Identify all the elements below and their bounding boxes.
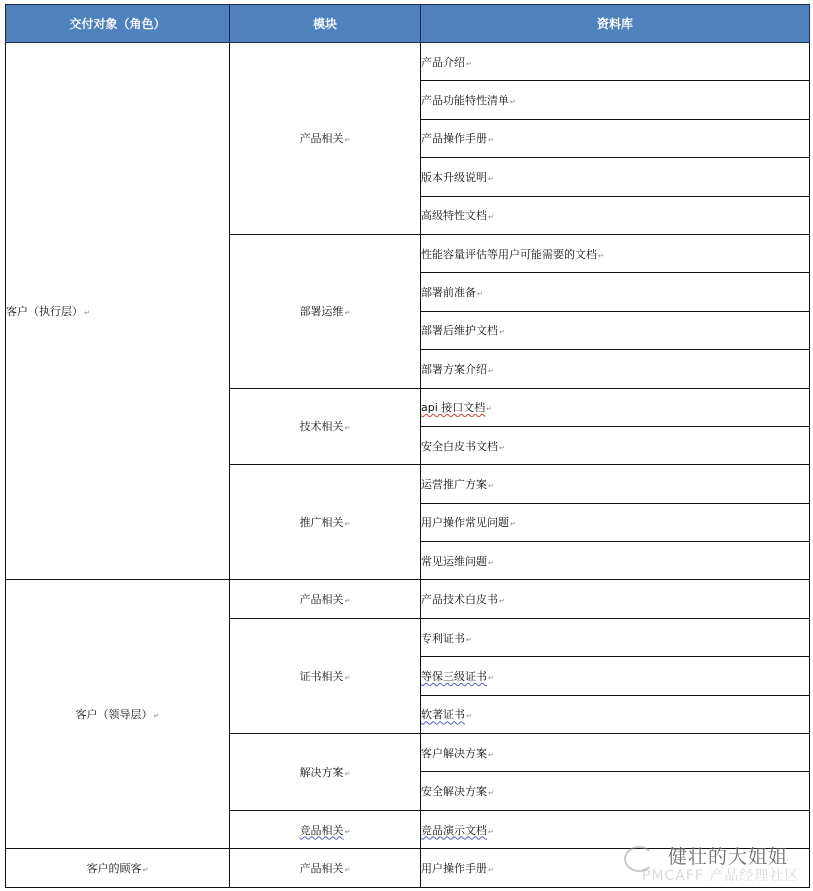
module-cell: 产品相关↵ — [230, 580, 421, 618]
paragraph-mark-icon: ↵ — [488, 751, 494, 759]
paragraph-mark-icon: ↵ — [486, 405, 492, 413]
module-cell: 解决方案↵ — [230, 734, 421, 811]
item-label: 竞品演示文档 — [421, 824, 487, 837]
paragraph-mark-icon: ↵ — [510, 98, 516, 106]
paragraph-mark-icon: ↵ — [499, 444, 505, 452]
paragraph-mark-icon: ↵ — [466, 712, 472, 720]
item-label: 软著证书 — [421, 708, 465, 721]
item-cell: 用户操作手册↵ — [421, 849, 810, 887]
paragraph-mark-icon: ↵ — [499, 597, 505, 605]
item-label: 性能容量评估等用户可能需要的文档 — [421, 248, 597, 261]
item-label: 部署方案介绍 — [421, 363, 487, 376]
module-cell: 证书相关↵ — [230, 618, 421, 733]
paragraph-mark-icon: ↵ — [345, 770, 351, 778]
role-label: 客户（领导层） — [76, 708, 153, 721]
paragraph-mark-icon: ↵ — [488, 789, 494, 797]
module-cell: 产品相关↵ — [230, 43, 421, 235]
paragraph-mark-icon: ↵ — [488, 213, 494, 221]
item-cell: 用户操作常见问题↵ — [421, 503, 810, 541]
item-cell: 安全解决方案↵ — [421, 772, 810, 810]
paragraph-mark-icon: ↵ — [488, 559, 494, 567]
item-cell: 性能容量评估等用户可能需要的文档↵ — [421, 234, 810, 272]
item-cell: 安全白皮书文档↵ — [421, 426, 810, 464]
paragraph-mark-icon: ↵ — [477, 290, 483, 298]
paragraph-mark-icon: ↵ — [488, 828, 494, 836]
module-label: 解决方案 — [300, 766, 344, 779]
item-label: 等保三级证书 — [421, 670, 487, 683]
paragraph-mark-icon: ↵ — [345, 520, 351, 528]
item-label: 高级特性文档 — [421, 209, 487, 222]
paragraph-mark-icon: ↵ — [466, 60, 472, 68]
item-cell: 产品功能特性清单↵ — [421, 81, 810, 119]
paragraph-mark-icon: ↵ — [143, 866, 149, 874]
paragraph-mark-icon: ↵ — [488, 674, 494, 682]
item-cell: api 接口文档↵ — [421, 388, 810, 426]
paragraph-mark-icon: ↵ — [345, 309, 351, 317]
item-cell: 产品介绍↵ — [421, 43, 810, 81]
item-cell: 专利证书↵ — [421, 618, 810, 656]
item-cell: 常见运维问题↵ — [421, 542, 810, 580]
item-cell: 部署方案介绍↵ — [421, 350, 810, 388]
paragraph-mark-icon: ↵ — [345, 136, 351, 144]
role-cell: 客户（领导层）↵ — [6, 580, 230, 849]
item-label: 用户操作常见问题 — [421, 516, 509, 529]
item-cell: 部署前准备↵ — [421, 273, 810, 311]
item-label: 运营推广方案 — [421, 478, 487, 491]
item-label: api 接口文档 — [421, 401, 485, 414]
item-label: 专利证书 — [421, 632, 465, 645]
paragraph-mark-icon: ↵ — [345, 866, 351, 874]
module-label: 产品相关 — [300, 132, 344, 145]
item-label: 客户解决方案 — [421, 747, 487, 760]
paragraph-mark-icon: ↵ — [499, 328, 505, 336]
module-label: 部署运维 — [300, 305, 344, 318]
paragraph-mark-icon: ↵ — [84, 309, 90, 317]
item-cell: 版本升级说明↵ — [421, 158, 810, 196]
header-role: 交付对象（角色） — [6, 5, 230, 43]
paragraph-mark-icon: ↵ — [488, 482, 494, 490]
item-label: 产品介绍 — [421, 56, 465, 69]
item-label: 安全白皮书文档 — [421, 440, 498, 453]
paragraph-mark-icon: ↵ — [466, 636, 472, 644]
item-label: 常见运维问题 — [421, 555, 487, 568]
item-label: 部署前准备 — [421, 286, 476, 299]
module-cell: 技术相关↵ — [230, 388, 421, 465]
item-label: 产品操作手册 — [421, 132, 487, 145]
paragraph-mark-icon: ↵ — [488, 866, 494, 874]
paragraph-mark-icon: ↵ — [598, 252, 604, 260]
item-cell: 部署后维护文档↵ — [421, 311, 810, 349]
header-module: 模块 — [230, 5, 421, 43]
item-label: 产品功能特性清单 — [421, 94, 509, 107]
paragraph-mark-icon: ↵ — [510, 520, 516, 528]
module-label: 推广相关 — [300, 516, 344, 529]
paragraph-mark-icon: ↵ — [488, 136, 494, 144]
module-label: 竞品相关 — [300, 824, 344, 837]
item-cell: 软著证书↵ — [421, 695, 810, 733]
item-label: 版本升级说明 — [421, 171, 487, 184]
paragraph-mark-icon: ↵ — [345, 674, 351, 682]
item-label: 产品技术白皮书 — [421, 593, 498, 606]
module-cell: 产品相关↵ — [230, 849, 421, 887]
role-label: 客户的顾客 — [87, 862, 142, 875]
table-header-row: 交付对象（角色） 模块 资料库 — [6, 5, 810, 43]
item-cell: 产品技术白皮书↵ — [421, 580, 810, 618]
paragraph-mark-icon: ↵ — [345, 828, 351, 836]
paragraph-mark-icon: ↵ — [154, 712, 160, 720]
table-row: 客户的顾客↵ 产品相关↵ 用户操作手册↵ — [6, 849, 810, 887]
module-label: 证书相关 — [300, 670, 344, 683]
item-cell: 竞品演示文档↵ — [421, 810, 810, 848]
item-cell: 运营推广方案↵ — [421, 465, 810, 503]
item-cell: 等保三级证书↵ — [421, 657, 810, 695]
module-label: 产品相关 — [300, 862, 344, 875]
module-cell: 部署运维↵ — [230, 234, 421, 388]
paragraph-mark-icon: ↵ — [488, 175, 494, 183]
item-cell: 高级特性文档↵ — [421, 196, 810, 234]
table-row: 客户（执行层）↵ 产品相关↵ 产品介绍↵ — [6, 43, 810, 81]
table-row: 客户（领导层）↵ 产品相关↵ 产品技术白皮书↵ — [6, 580, 810, 618]
module-label: 产品相关 — [300, 593, 344, 606]
item-label: 部署后维护文档 — [421, 324, 498, 337]
item-label: 用户操作手册 — [421, 862, 487, 875]
role-cell: 客户的顾客↵ — [6, 849, 230, 887]
item-cell: 客户解决方案↵ — [421, 734, 810, 772]
paragraph-mark-icon: ↵ — [345, 597, 351, 605]
module-cell: 推广相关↵ — [230, 465, 421, 580]
paragraph-mark-icon: ↵ — [488, 367, 494, 375]
module-cell: 竞品相关↵ — [230, 810, 421, 848]
item-cell: 产品操作手册↵ — [421, 119, 810, 157]
header-library: 资料库 — [421, 5, 810, 43]
role-label: 客户（执行层） — [6, 305, 83, 318]
role-cell: 客户（执行层）↵ — [6, 43, 230, 580]
resource-table: 交付对象（角色） 模块 资料库 客户（执行层）↵ 产品相关↵ 产品介绍↵ 产品功… — [5, 4, 810, 888]
paragraph-mark-icon: ↵ — [345, 424, 351, 432]
module-label: 技术相关 — [300, 420, 344, 433]
item-label: 安全解决方案 — [421, 785, 487, 798]
